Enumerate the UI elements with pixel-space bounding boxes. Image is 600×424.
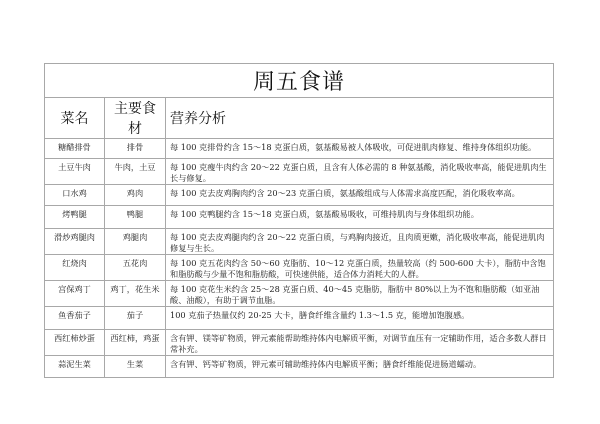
table-row: 宫保鸡丁鸡丁，花生米每 100 克花生米约含 25～28 克蛋白质、40～45 …	[45, 281, 554, 307]
dish-cell: 宫保鸡丁	[45, 281, 105, 307]
table-row: 土豆牛肉牛肉，土豆每 100 克瘦牛肉约含 20～22 克蛋白质，且含有人体必需…	[45, 159, 554, 185]
ingredients-cell: 鸡肉	[105, 185, 166, 206]
dish-cell: 烤鸭腿	[45, 206, 105, 229]
dish-cell: 红烧肉	[45, 255, 105, 281]
nutrition-cell: 每 100 克五花肉约含 50～60 克脂肪、10～12 克蛋白质，热量较高（约…	[166, 255, 554, 281]
dish-cell: 滑炒鸡腿肉	[45, 229, 105, 255]
table-row: 蒜泥生菜生菜含有钾、钙等矿物质，钾元素可辅助维持体内电解质平衡；膳食纤维能促进肠…	[45, 356, 554, 378]
ingredients-cell: 生菜	[105, 356, 166, 378]
table-row: 西红柿炒蛋西红柿，鸡蛋含有钾、镁等矿物质，钾元素能帮助维持体内电解质平衡，对调节…	[45, 330, 554, 356]
ingredients-cell: 鸭腿	[105, 206, 166, 229]
nutrition-cell: 含有钾、镁等矿物质，钾元素能帮助维持体内电解质平衡，对调节血压有一定辅助作用，适…	[166, 330, 554, 356]
nutrition-cell: 每 100 克排骨约含 15～18 克蛋白质，氨基酸易被人体吸收，可促进肌肉修复…	[166, 139, 554, 159]
nutrition-cell: 每 100 克去皮鸡胸肉约含 20～23 克蛋白质，氨基酸组成与人体需求高度匹配…	[166, 185, 554, 206]
dish-cell: 土豆牛肉	[45, 159, 105, 185]
nutrition-cell: 每 100 克瘦牛肉约含 20～22 克蛋白质，且含有人体必需的 8 种氨基酸，…	[166, 159, 554, 185]
nutrition-cell: 每 100 克去皮鸡腿肉约含 20～22 克蛋白质，与鸡胸肉接近，且肉质更嫩，消…	[166, 229, 554, 255]
dish-cell: 西红柿炒蛋	[45, 330, 105, 356]
menu-table: 周五食谱 菜名 主要食材 营养分析 糖醋排骨排骨每 100 克排骨约含 15～1…	[44, 63, 554, 378]
nutrition-cell: 含有钾、钙等矿物质，钾元素可辅助维持体内电解质平衡；膳食纤维能促进肠道蠕动。	[166, 356, 554, 378]
dish-cell: 口水鸡	[45, 185, 105, 206]
ingredients-cell: 西红柿，鸡蛋	[105, 330, 166, 356]
document-title: 周五食谱	[45, 64, 554, 98]
dish-cell: 糖醋排骨	[45, 139, 105, 159]
header-nutrition: 营养分析	[166, 98, 554, 139]
header-ingredients: 主要食材	[105, 98, 166, 139]
header-row: 菜名 主要食材 营养分析	[45, 98, 554, 139]
nutrition-cell: 每 100 克花生米约含 25～28 克蛋白质、40～45 克脂肪，脂肪中 80…	[166, 281, 554, 307]
ingredients-cell: 牛肉，土豆	[105, 159, 166, 185]
nutrition-cell: 每 100 克鸭腿约含 15～18 克蛋白质，氨基酸易吸收，可维持肌肉与身体组织…	[166, 206, 554, 229]
table-row: 红烧肉五花肉每 100 克五花肉约含 50～60 克脂肪、10～12 克蛋白质，…	[45, 255, 554, 281]
title-row: 周五食谱	[45, 64, 554, 98]
ingredients-cell: 鸡丁，花生米	[105, 281, 166, 307]
table-row: 口水鸡鸡肉每 100 克去皮鸡胸肉约含 20～23 克蛋白质，氨基酸组成与人体需…	[45, 185, 554, 206]
nutrition-cell: 100 克茄子热量仅约 20-25 大卡，膳食纤维含量约 1.3～1.5 克，能…	[166, 307, 554, 330]
ingredients-cell: 排骨	[105, 139, 166, 159]
ingredients-cell: 五花肉	[105, 255, 166, 281]
table-row: 鱼香茄子茄子100 克茄子热量仅约 20-25 大卡，膳食纤维含量约 1.3～1…	[45, 307, 554, 330]
table-row: 烤鸭腿鸭腿每 100 克鸭腿约含 15～18 克蛋白质，氨基酸易吸收，可维持肌肉…	[45, 206, 554, 229]
table-row: 滑炒鸡腿肉鸡腿肉每 100 克去皮鸡腿肉约含 20～22 克蛋白质，与鸡胸肉接近…	[45, 229, 554, 255]
table-row: 糖醋排骨排骨每 100 克排骨约含 15～18 克蛋白质，氨基酸易被人体吸收，可…	[45, 139, 554, 159]
ingredients-cell: 茄子	[105, 307, 166, 330]
dish-cell: 鱼香茄子	[45, 307, 105, 330]
dish-cell: 蒜泥生菜	[45, 356, 105, 378]
header-dish: 菜名	[45, 98, 105, 139]
ingredients-cell: 鸡腿肉	[105, 229, 166, 255]
